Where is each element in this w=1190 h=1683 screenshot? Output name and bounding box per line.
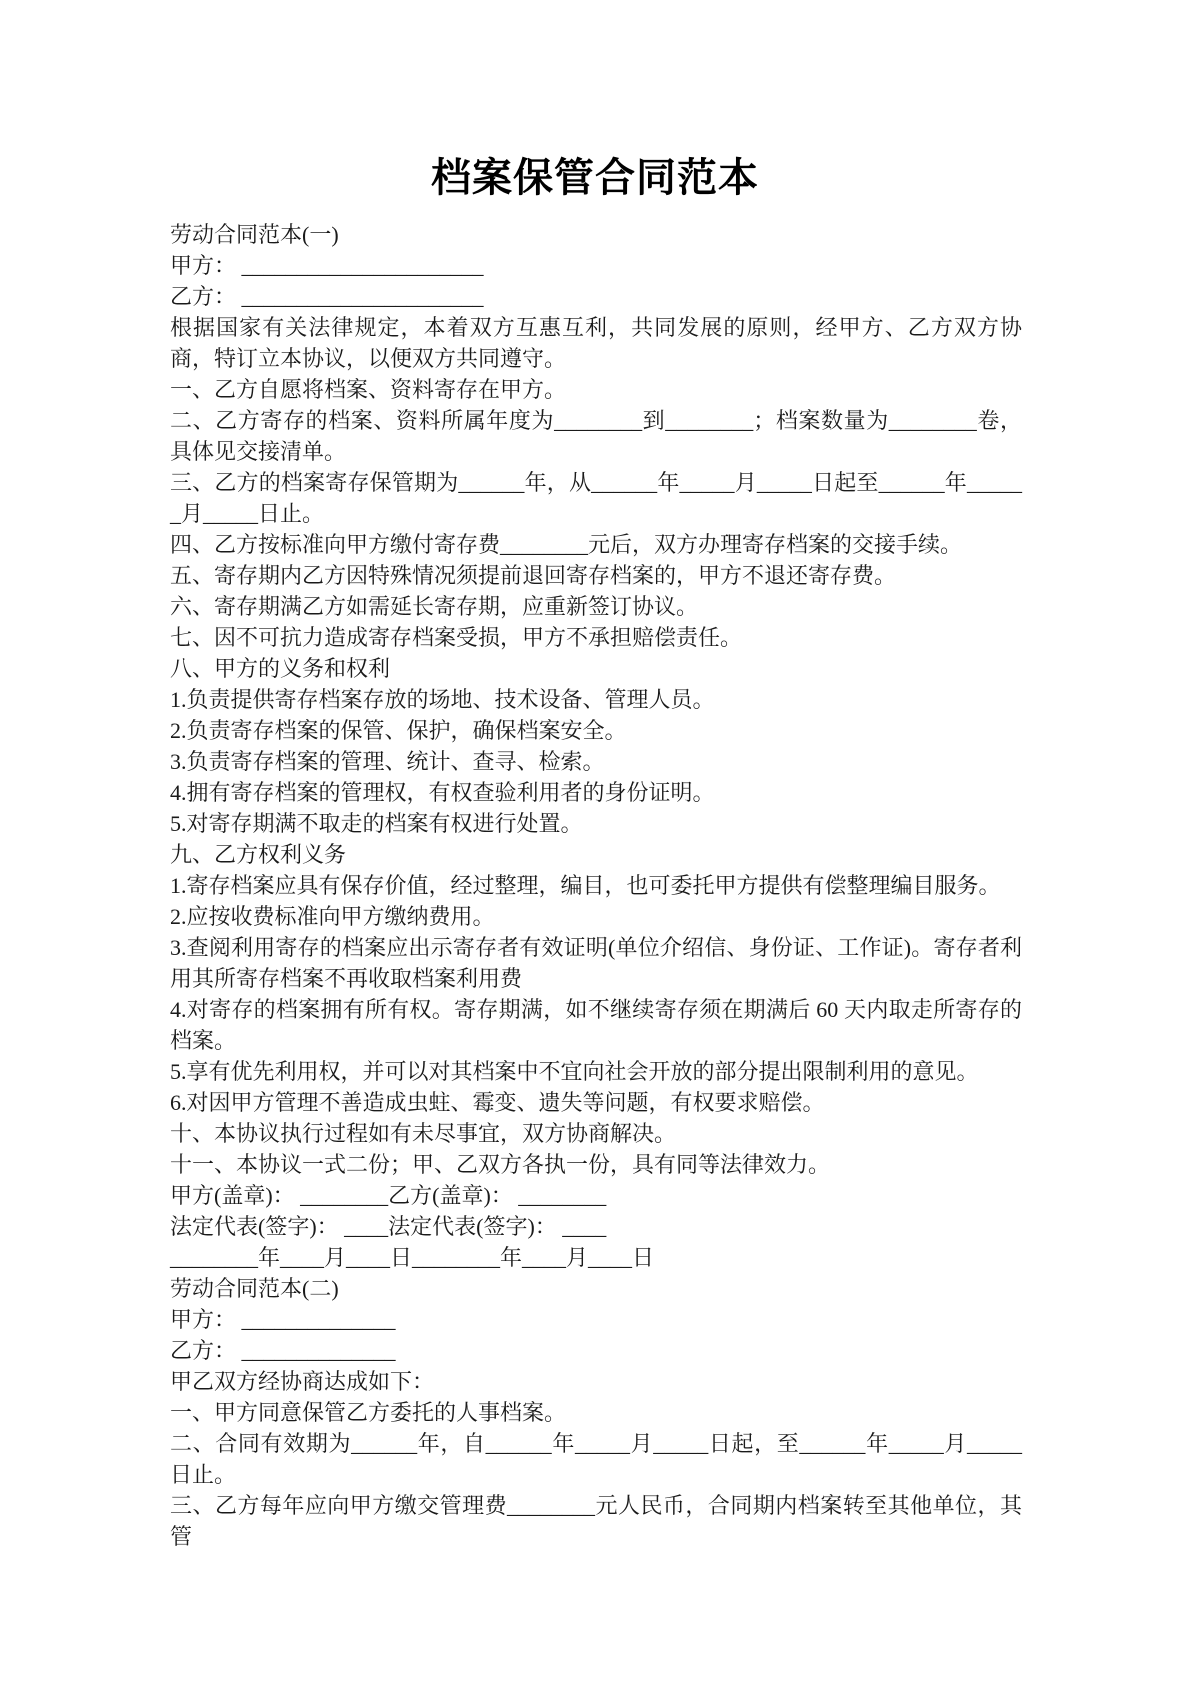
- paragraph-clause-5: 五、寄存期内乙方因特殊情况须提前退回寄存档案的，甲方不退还寄存费。: [170, 560, 1022, 591]
- paragraph-section2-preamble: 甲乙双方经协商达成如下：: [170, 1366, 1022, 1397]
- paragraph-section2-party-a-blank: 甲方： ______________: [170, 1304, 1022, 1335]
- paragraph-clause-6: 六、寄存期满乙方如需延长寄存期，应重新签订协议。: [170, 591, 1022, 622]
- paragraph-clause-9-item-3: 3.查阅利用寄存的档案应出示寄存者有效证明(单位介绍信、身份证、工作证)。寄存者…: [170, 932, 1022, 994]
- paragraph-section2-party-b-blank: 乙方： ______________: [170, 1335, 1022, 1366]
- paragraph-section1-heading: 劳动合同范本(一): [170, 219, 1022, 250]
- paragraph-clause-2: 二、乙方寄存的档案、资料所属年度为________到________；档案数量为…: [170, 405, 1022, 467]
- paragraph-section2-clause-1: 一、甲方同意保管乙方委托的人事档案。: [170, 1397, 1022, 1428]
- paragraph-section2-clause-3: 三、乙方每年应向甲方缴交管理费________元人民币，合同期内档案转至其他单位…: [170, 1490, 1022, 1552]
- paragraph-clause-9-item-1: 1.寄存档案应具有保存价值，经过整理，编目，也可委托甲方提供有偿整理编目服务。: [170, 870, 1022, 901]
- contract-document-page: 档案保管合同范本 劳动合同范本(一) 甲方： _________________…: [0, 0, 1190, 1683]
- paragraph-clause-11: 十一、本协议一式二份；甲、乙双方各执一份，具有同等法律效力。: [170, 1149, 1022, 1180]
- paragraph-clause-9-item-4: 4.对寄存的档案拥有所有权。寄存期满，如不继续寄存须在期满后 60 天内取走所寄…: [170, 994, 1022, 1056]
- paragraph-clause-9-item-6: 6.对因甲方管理不善造成虫蛀、霉变、遗失等问题，有权要求赔偿。: [170, 1087, 1022, 1118]
- paragraph-seal-line: 甲方(盖章)： ________乙方(盖章)： ________: [170, 1180, 1022, 1211]
- paragraph-clause-8-item-2: 2.负责寄存档案的保管、保护，确保档案安全。: [170, 715, 1022, 746]
- paragraph-clause-8-item-5: 5.对寄存期满不取走的档案有权进行处置。: [170, 808, 1022, 839]
- paragraph-clause-9-item-5: 5.享有优先利用权，并可以对其档案中不宜向社会开放的部分提出限制利用的意见。: [170, 1056, 1022, 1087]
- paragraph-section2-clause-2: 二、合同有效期为______年，自______年_____月_____日起，至_…: [170, 1428, 1022, 1490]
- document-title: 档案保管合同范本: [0, 146, 1190, 203]
- paragraph-clause-8-item-3: 3.负责寄存档案的管理、统计、查寻、检索。: [170, 746, 1022, 777]
- paragraph-clause-8-item-1: 1.负责提供寄存档案存放的场地、技术设备、管理人员。: [170, 684, 1022, 715]
- paragraph-clause-10: 十、本协议执行过程如有未尽事宜，双方协商解决。: [170, 1118, 1022, 1149]
- paragraph-clause-9-item-2: 2.应按收费标准向甲方缴纳费用。: [170, 901, 1022, 932]
- paragraph-date-line: ________年____月____日________年____月____日: [170, 1242, 1022, 1273]
- paragraph-signature-line: 法定代表(签字)： ____法定代表(签字)： ____: [170, 1211, 1022, 1242]
- paragraph-clause-7: 七、因不可抗力造成寄存档案受损，甲方不承担赔偿责任。: [170, 622, 1022, 653]
- paragraph-clause-9-heading: 九、乙方权利义务: [170, 839, 1022, 870]
- paragraph-preamble: 根据国家有关法律规定，本着双方互惠互利，共同发展的原则，经甲方、乙方双方协商，特…: [170, 312, 1022, 374]
- paragraph-party-a-blank: 甲方： ______________________: [170, 250, 1022, 281]
- paragraph-clause-8-heading: 八、甲方的义务和权利: [170, 653, 1022, 684]
- paragraph-clause-8-item-4: 4.拥有寄存档案的管理权，有权查验利用者的身份证明。: [170, 777, 1022, 808]
- paragraph-clause-4: 四、乙方按标准向甲方缴付寄存费________元后，双方办理寄存档案的交接手续。: [170, 529, 1022, 560]
- paragraph-section2-heading: 劳动合同范本(二): [170, 1273, 1022, 1304]
- contract-body: 劳动合同范本(一) 甲方： ______________________ 乙方：…: [170, 219, 1022, 1552]
- paragraph-clause-1: 一、乙方自愿将档案、资料寄存在甲方。: [170, 374, 1022, 405]
- paragraph-party-b-blank: 乙方： ______________________: [170, 281, 1022, 312]
- paragraph-clause-3: 三、乙方的档案寄存保管期为______年，从______年_____月_____…: [170, 467, 1022, 529]
